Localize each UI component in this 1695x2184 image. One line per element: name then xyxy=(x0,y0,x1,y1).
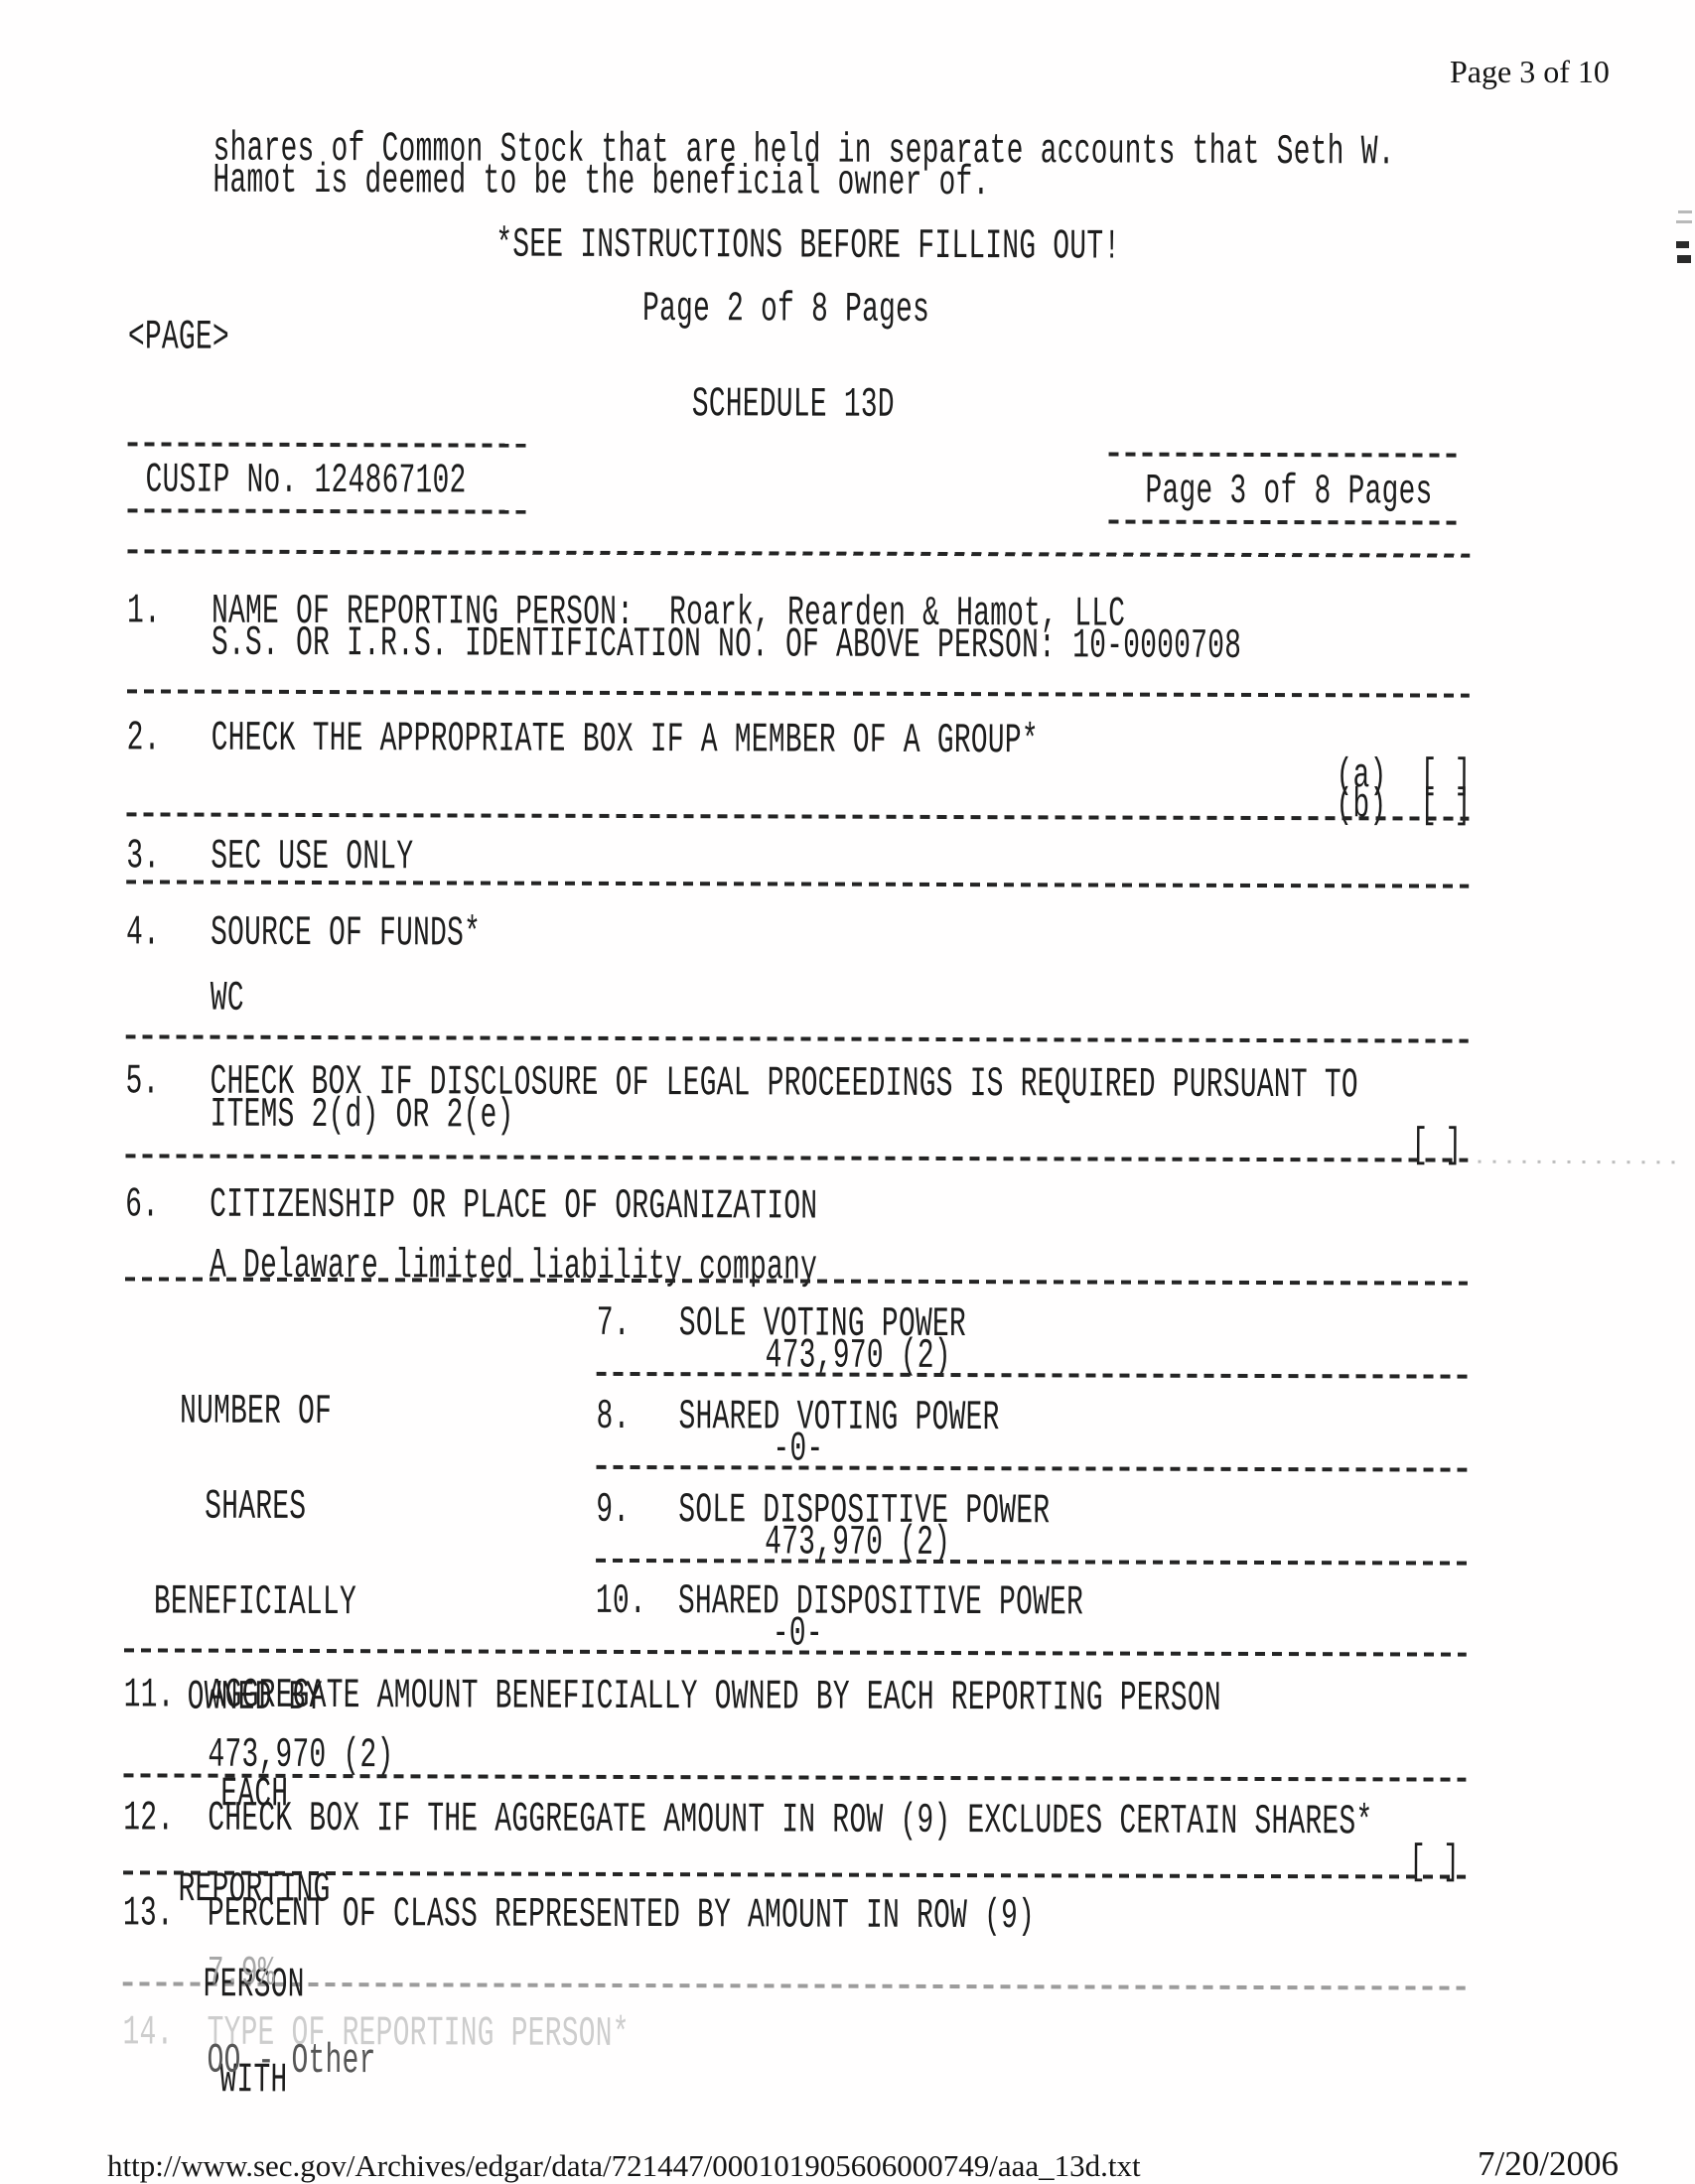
shares-column-line: BENEFICIALLY xyxy=(142,1587,368,1620)
item-4-label: SOURCE OF FUNDS* xyxy=(211,914,481,957)
item-2-checkbox-b: (b) [ ] xyxy=(1336,786,1471,828)
item-11-label: AGGREGATE AMOUNT BENEFICIALLY OWNED BY E… xyxy=(209,1677,1221,1721)
divider-dashed xyxy=(128,442,530,447)
item-8-label: SHARED VOTING POWER xyxy=(678,1398,999,1440)
document-page: Page 3 of 10 shares of Common Stock that… xyxy=(0,0,1695,2184)
item-6-value: A Delaware limited liability company xyxy=(210,1247,817,1291)
item-5-number: 5. xyxy=(126,1062,160,1104)
item-13-value: 7.9% xyxy=(208,1955,275,1996)
divider-dashed xyxy=(125,1154,1468,1161)
item-6-number: 6. xyxy=(125,1185,159,1227)
schedule-page-label: Page 3 of 8 Pages xyxy=(1145,473,1432,515)
item-10-label: SHARED DISPOSITIVE POWER xyxy=(678,1582,1083,1625)
schedule-title: SCHEDULE 13D xyxy=(692,385,895,428)
divider-dashed xyxy=(596,1559,1467,1566)
item-1-number: 1. xyxy=(127,592,161,633)
item-6-label: CITIZENSHIP OR PLACE OF ORGANIZATION xyxy=(210,1186,817,1230)
shares-column-line: SHARES xyxy=(142,1492,368,1525)
item-4-value: WC xyxy=(211,980,244,1022)
item-11-value: 473,970 (2) xyxy=(208,1736,393,1779)
item-13-label: PERCENT OF CLASS REPRESENTED BY AMOUNT I… xyxy=(208,1895,1035,1940)
item-12-label: CHECK BOX IF THE AGGREGATE AMOUNT IN ROW… xyxy=(208,1800,1372,1845)
see-instructions-note: *SEE INSTRUCTIONS BEFORE FILLING OUT! xyxy=(495,226,1120,270)
item-7-number: 7. xyxy=(597,1304,631,1346)
scanned-filing-content: shares of Common Stock that are held in … xyxy=(0,0,1695,2184)
item-2-label: CHECK THE APPROPRIATE BOX IF A MEMBER OF… xyxy=(212,720,1039,764)
item-8-number: 8. xyxy=(596,1398,630,1439)
divider-dashed xyxy=(126,1034,1469,1042)
item-14-value: OO - Other xyxy=(207,2042,375,2085)
cusip-number: CUSIP No. 124867102 xyxy=(145,461,466,503)
item-1-id-line: S.S. OR I.R.S. IDENTIFICATION NO. OF ABO… xyxy=(212,624,1241,669)
item-9-number: 9. xyxy=(596,1491,630,1533)
shares-column-line: NUMBER OF xyxy=(142,1397,368,1430)
item-3-number: 3. xyxy=(126,837,160,879)
item-4-number: 4. xyxy=(126,913,160,955)
divider-dashed xyxy=(126,880,1469,887)
item-2-number: 2. xyxy=(127,719,161,760)
item-11-number: 11. xyxy=(124,1676,175,1717)
print-footer-date: 7/20/2006 xyxy=(1478,2144,1619,2184)
divider-dashed xyxy=(126,812,1469,820)
page-2-of-8-label: Page 2 of 8 Pages xyxy=(642,290,929,333)
divider-dashed xyxy=(127,549,1470,557)
item-12-number: 12. xyxy=(123,1799,174,1841)
item-10-number: 10. xyxy=(596,1582,646,1624)
intro-paragraph-line-2: Hamot is deemed to be the beneficial own… xyxy=(212,162,989,205)
divider-dashed xyxy=(1109,453,1461,458)
print-footer-url: http://www.sec.gov/Archives/edgar/data/7… xyxy=(107,2148,1141,2184)
divider-dots-faint xyxy=(1478,1160,1681,1164)
divider-dashed xyxy=(127,689,1470,697)
divider-dashed xyxy=(1108,520,1460,525)
divider-dashed xyxy=(596,1465,1467,1472)
item-13-number: 13. xyxy=(123,1894,174,1936)
item-3-label: SEC USE ONLY xyxy=(211,838,413,881)
divider-dashed xyxy=(597,1372,1468,1379)
page-tag: <PAGE> xyxy=(128,318,229,359)
item-5-label-line-2: ITEMS 2(d) OR 2(e) xyxy=(210,1096,513,1139)
divider-dashed xyxy=(127,508,529,513)
item-14-number: 14. xyxy=(122,2013,173,2055)
